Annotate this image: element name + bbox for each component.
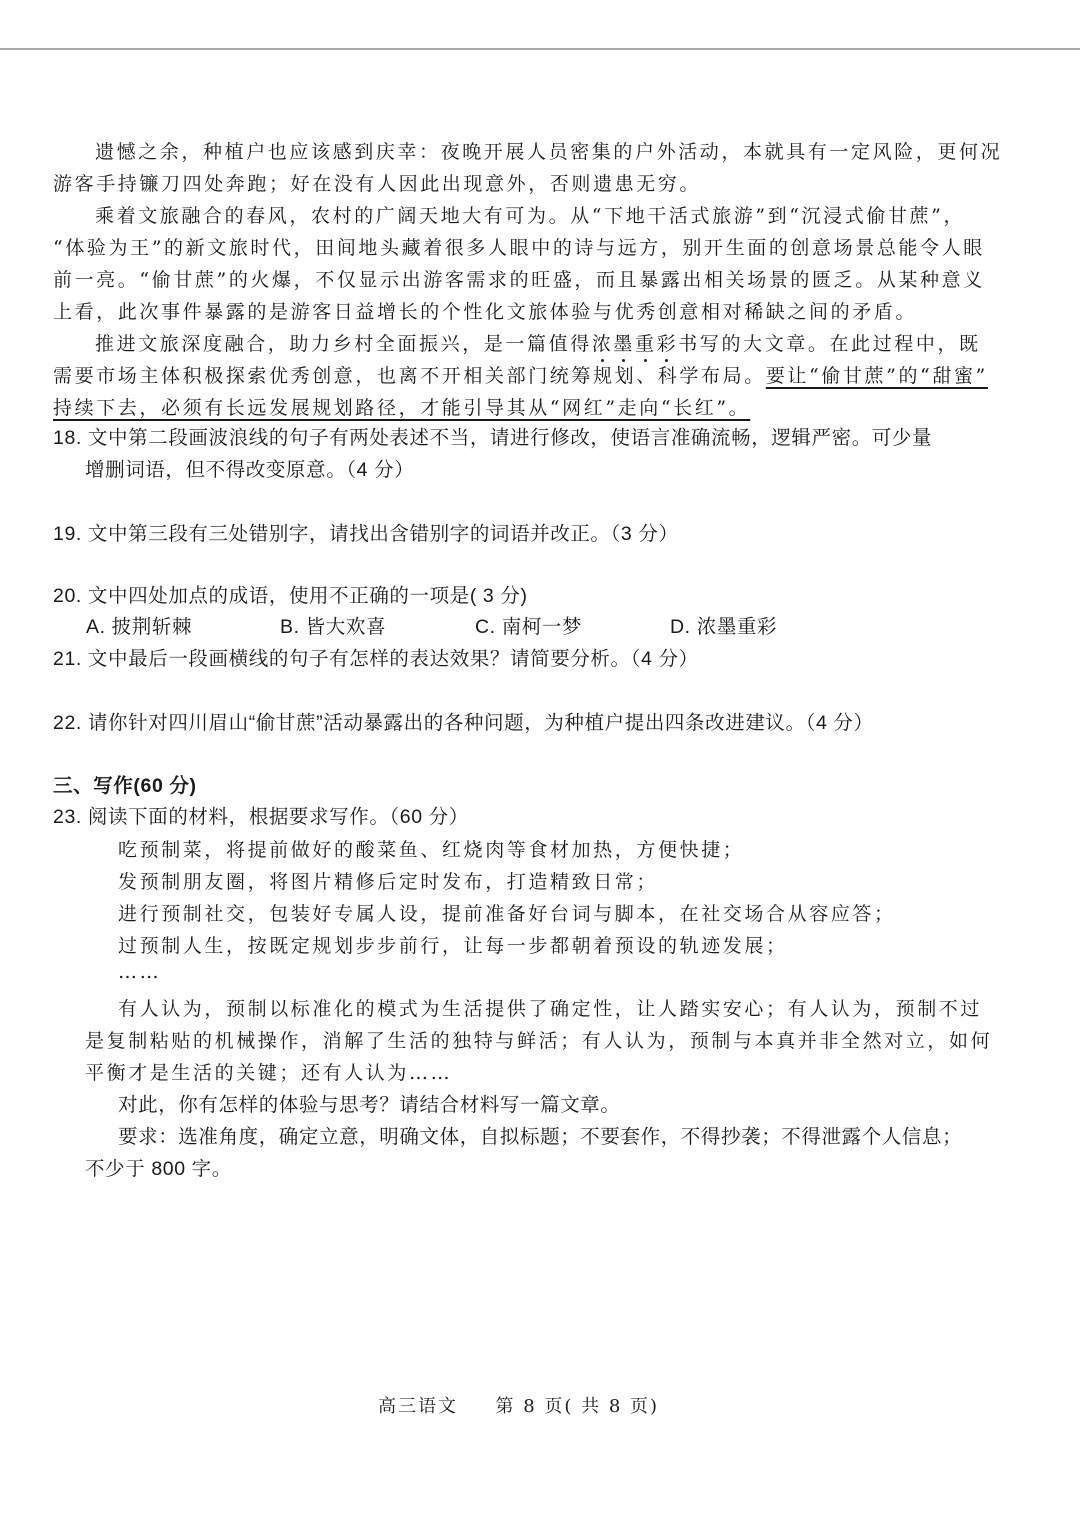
question-22: 22. 请你针对四川眉山“偷甘蔗”活动暴露出的各种问题，为种植户提出四条改进建议… [53, 711, 874, 735]
material-line2: 发预制朋友圈，将图片精修后定时发布，打造精致日常； [118, 870, 658, 894]
requirements-line2: 不少于 800 字。 [85, 1157, 232, 1181]
question-21: 21. 文中最后一段画横线的句子有怎样的表达效果？请简要分析。（4 分） [53, 647, 699, 671]
underlined-sentence-part1: 要让“偷甘蔗”的“甜蜜” [766, 365, 988, 387]
p3-text-before-idiom: 推进文旅深度融合，助力乡村全面振兴，是一篇值得 [95, 333, 592, 355]
dotted-char: 彩 [657, 333, 679, 355]
writing-prompt: 对此，你有怎样的体验与思考？请结合材料写一篇文章。 [118, 1093, 621, 1117]
question-20-stem: 20. 文中四处加点的成语，使用不正确的一项是( 3 分) [53, 584, 528, 608]
footer-subject: 高三语文 [378, 1396, 458, 1417]
p3-plain-text: 需要市场主体积极探索优秀创意，也离不开相关部门统筹规划、科学布局。 [53, 365, 766, 387]
passage-p2-line3: 前一亮。“偷甘蔗”的火爆，不仅显示出游客需求的旺盛，而且暴露出相关场景的匮乏。从… [53, 268, 985, 292]
passage-p2-line4: 上看，此次事件暴露的是游客日益增长的个性化文旅体验与优秀创意相对稀缺之间的矛盾。 [53, 300, 917, 324]
requirements-line1: 要求：选准角度，确定立意，明确文体，自拟标题；不要套作，不得抄袭；不得泄露个人信… [118, 1125, 962, 1149]
material-line4: 过预制人生，按既定规划步步前行，让每一步都朝着预设的轨迹发展； [118, 934, 788, 958]
question-19: 19. 文中第三段有三处错别字，请找出含错别字的词语并改正。（3 分） [53, 522, 679, 546]
passage-p3-line2: 需要市场主体积极探索优秀创意，也离不开相关部门统筹规划、科学布局。要让“偷甘蔗”… [53, 364, 988, 388]
opinions-line2: 是复制粘贴的机械操作，消解了生活的独特与鲜活；有人认为，预制与本真并非全然对立，… [85, 1029, 992, 1053]
option-a: A. 披荆斩棘 [86, 615, 192, 639]
top-rule [0, 48, 1080, 50]
material-line1: 吃预制菜，将提前做好的酸菜鱼、红烧肉等食材加热，方便快捷； [118, 838, 744, 862]
passage-p1-line1: 遗憾之余，种植户也应该感到庆幸：夜晚开展人员密集的户外活动，本就具有一定风险，更… [95, 140, 1002, 164]
question-18-line2: 增删词语，但不得改变原意。（4 分） [85, 458, 414, 482]
p3-text-after-idiom: 书写的大文章。在此过程中，既 [678, 333, 980, 355]
passage-p3-line3: 持续下去，必须有长远发展规划路径，才能引导其从“网红”走向“长红”。 [53, 396, 750, 420]
opinions-line3: 平衡才是生活的关键；还有人认为…… [85, 1061, 452, 1085]
dotted-char: 浓 [592, 333, 614, 355]
underlined-sentence-part2: 持续下去，必须有长远发展规划路径，才能引导其从“网红”走向“长红”。 [53, 397, 750, 419]
question-23: 23. 阅读下面的材料，根据要求写作。（60 分） [53, 805, 469, 829]
opinions-line1: 有人认为，预制以标准化的模式为生活提供了确定性，让人踏实安心；有人认为，预制不过 [118, 997, 982, 1021]
material-line3: 进行预制社交，包装好专属人设，提前准备好台词与脚本，在社交场合从容应答； [118, 902, 896, 926]
passage-p3-line1: 推进文旅深度融合，助力乡村全面振兴，是一篇值得浓墨重彩书写的大文章。在此过程中，… [95, 332, 981, 356]
dotted-char: 重 [635, 333, 657, 355]
option-d: D. 浓墨重彩 [670, 615, 777, 639]
passage-p2-line2: “体验为王”的新文旅时代，田间地头藏着很多人眼中的诗与远方，别开生面的创意场景总… [53, 236, 985, 260]
passage-p1-line2: 游客手持镰刀四处奔跑；好在没有人因此出现意外，否则遗患无穷。 [53, 172, 701, 196]
option-b: B. 皆大欢喜 [280, 615, 386, 639]
option-c: C. 南柯一梦 [475, 615, 582, 639]
footer-page-number: 第 8 页( 共 8 页) [495, 1396, 659, 1417]
passage-p2-line1: 乘着文旅融合的春风，农村的广阔天地大有可为。从“下地干活式旅游”到“沉浸式偷甘蔗… [95, 204, 965, 228]
question-18-line1: 18. 文中第二段画波浪线的句子有两处表述不当，请进行修改，使语言准确流畅，逻辑… [53, 426, 932, 450]
material-ellipsis: …… [118, 960, 161, 984]
section-title-writing: 三、写作(60 分) [53, 774, 197, 798]
page-footer: 高三语文 第 8 页( 共 8 页) [378, 1392, 659, 1418]
dotted-char: 墨 [613, 333, 635, 355]
